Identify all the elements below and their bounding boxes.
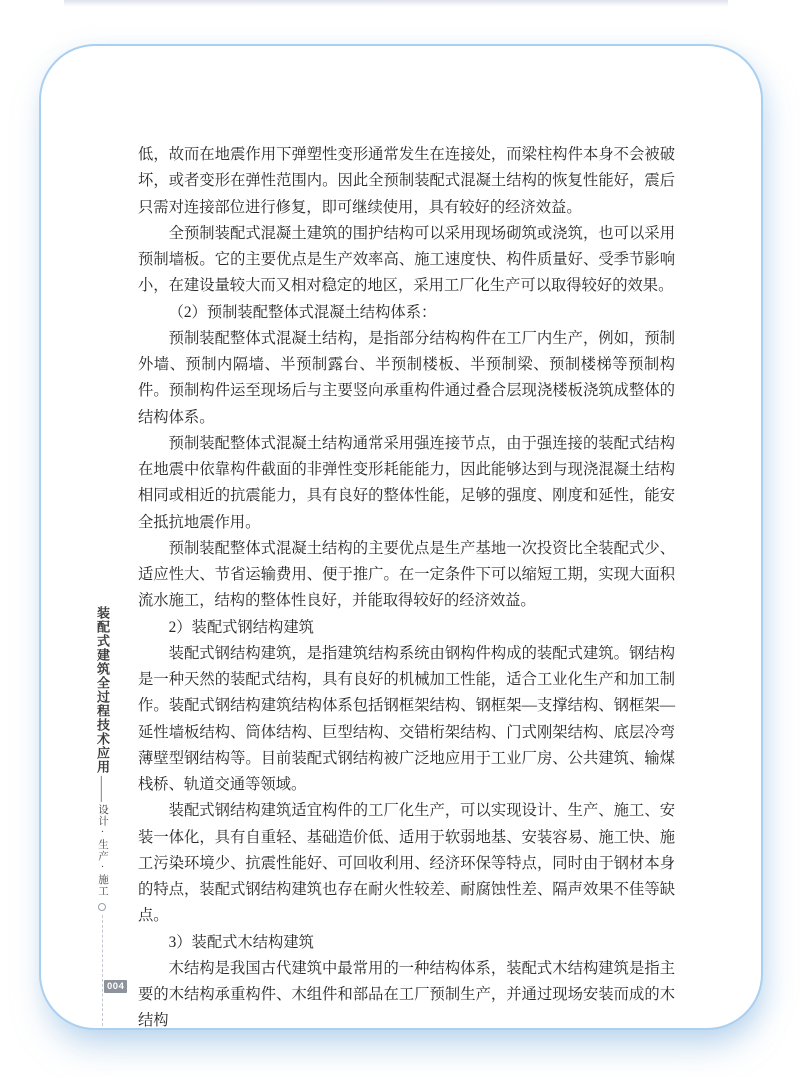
previous-page-edge [64,0,728,7]
book-subtitle-vertical: 设计·生产·施工 [97,804,108,897]
paragraph: 预制装配整体式混凝土结构通常采用强连接节点，由于强连接的装配式结构在地震中依靠构… [138,431,675,536]
spine-text: 装配式建筑全过程技术应用——设计·生产·施工 [94,606,110,897]
paragraph: 装配式钢结构建筑，是指建筑结构系统由钢构件构成的装配式建筑。钢结构是一种天然的装… [138,641,675,799]
paragraph: 预制装配整体式混凝土结构的主要优点是生产基地一次投资比全装配式少、适应性大、节省… [138,536,675,615]
paragraph-heading: （2）预制装配整体式混凝土结构体系： [138,300,675,326]
paragraph: 木结构是我国古代建筑中最常用的一种结构体系，装配式木结构建筑是指主要的木结构承重… [138,956,675,1035]
paragraph: 装配式钢结构建筑适宜构件的工厂化生产，可以实现设计、生产、施工、安装一体化，具有… [138,798,675,929]
book-page: 装配式建筑全过程技术应用——设计·生产·施工 004 低，故而在地震作用下弹塑性… [39,44,763,1030]
dashed-rule [102,915,103,1026]
paragraph: 预制装配整体式混凝土结构，是指部分结构构件在工厂内生产，例如，预制外墙、预制内隔… [138,326,675,431]
page-text: 低，故而在地震作用下弹塑性变形通常发生在连接处，而梁柱构件本身不会被破坏，或者变… [138,142,675,1035]
page-number-badge: 004 [104,980,127,993]
book-title-vertical: 装配式建筑全过程技术应用 [95,606,110,774]
paragraph: 低，故而在地震作用下弹塑性变形通常发生在连接处，而梁柱构件本身不会被破坏，或者变… [138,142,675,221]
paragraph-heading: 2）装配式钢结构建筑 [138,615,675,641]
paragraph: 全预制装配式混凝土建筑的围护结构可以采用现场砌筑或浇筑，也可以采用预制墙板。它的… [138,221,675,300]
title-dash: —— [95,776,110,802]
circle-marker-icon [98,903,106,911]
paragraph-heading: 3）装配式木结构建筑 [138,930,675,956]
book-spine: 装配式建筑全过程技术应用——设计·生产·施工 [87,606,117,1026]
